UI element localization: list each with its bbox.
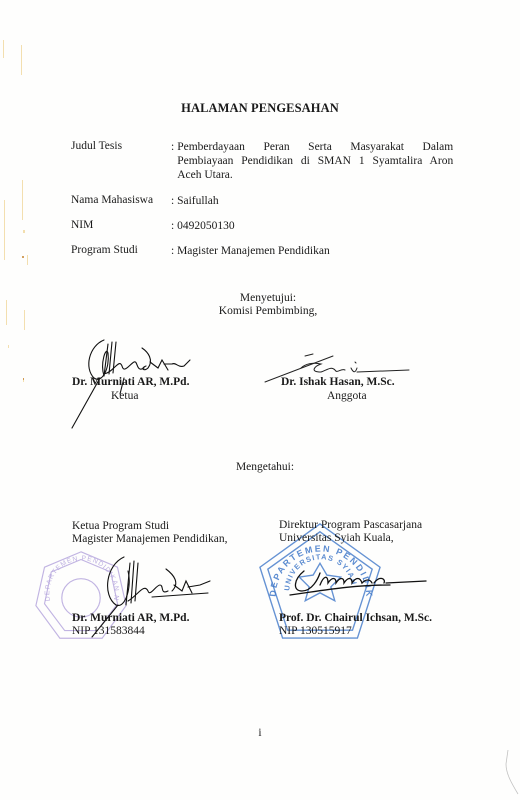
right-signer-nip: NIP 130515917 xyxy=(279,625,352,637)
approver-role-chair: Ketua xyxy=(111,390,138,402)
left-signer-name: Dr. Murniati AR, M.Pd. xyxy=(72,612,189,624)
field-label-thesis-title: Judul Tesis xyxy=(71,140,122,152)
field-value-thesis-title: : Pemberdayaan Peran Serta Masyarakat Da… xyxy=(171,140,453,182)
approver-role-member: Anggota xyxy=(327,390,367,402)
scan-artifact xyxy=(0,0,40,800)
approval-subheading: Komisi Pembimbing, xyxy=(8,304,520,318)
approver-name-chair: Dr. Murniati AR, M.Pd. xyxy=(72,376,189,388)
field-value-study-program: : Magister Manajemen Pendidikan xyxy=(171,244,330,258)
page-title: HALAMAN PENGESAHAN xyxy=(0,101,520,116)
acknowledgement-heading: Mengetahui: xyxy=(5,460,520,474)
scan-edge-artifact xyxy=(500,750,520,800)
field-value-nim: : 0492050130 xyxy=(171,219,235,233)
right-signer-title: Direktur Program Pascasarjana Universita… xyxy=(279,519,422,545)
left-signer-title: Ketua Program Studi Magister Manajemen P… xyxy=(72,520,228,546)
field-label-study-program: Program Studi xyxy=(71,244,138,256)
page-number: i xyxy=(0,727,520,739)
right-signer-name: Prof. Dr. Chairul Ichsan, M.Sc. xyxy=(279,612,432,624)
signature-chairul xyxy=(290,565,430,605)
approver-name-member: Dr. Ishak Hasan, M.Sc. xyxy=(281,376,395,388)
left-signer-nip: NIP 131583844 xyxy=(72,625,145,637)
thesis-title-text: Pemberdayaan Peran Serta Masyarakat Dala… xyxy=(177,140,453,182)
field-label-nim: NIM xyxy=(71,219,93,231)
approval-heading: Menyetujui: xyxy=(8,291,520,305)
field-value-student-name: : Saifullah xyxy=(171,194,219,208)
field-label-student-name: Nama Mahasiswa xyxy=(71,194,153,206)
field-separator: : xyxy=(171,140,174,182)
